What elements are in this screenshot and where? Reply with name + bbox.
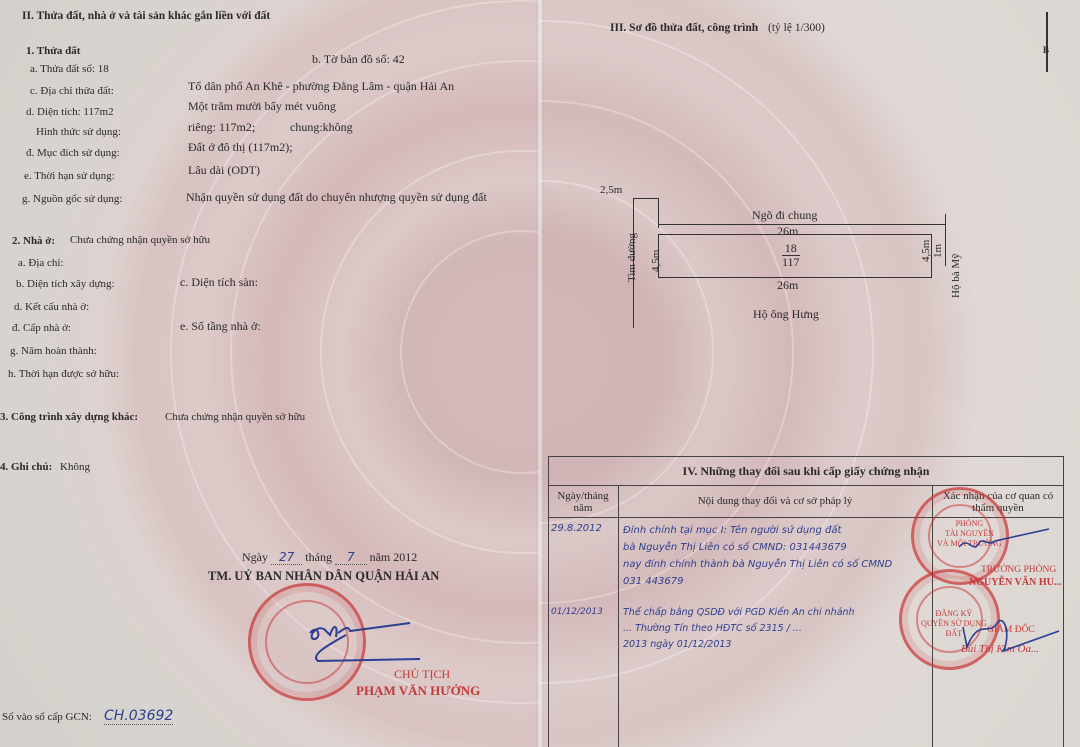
officer-signatures: [949, 527, 1061, 667]
signing-date: Ngày 27 tháng 7 năm 2012: [242, 550, 417, 565]
header-content: Nội dung thay đổi và cơ sở pháp lý: [619, 495, 931, 507]
row2-line3: 2013 ngày 01/12/2013: [623, 637, 855, 653]
house-grade-label: đ. Cấp nhà ở:: [12, 322, 71, 334]
header-date: Ngày/tháng năm: [551, 490, 615, 514]
origin-value: Nhận quyền sử dụng đất do chuyển nhượng …: [186, 190, 487, 205]
right-width: 4,5m: [920, 240, 932, 262]
lane-line: [658, 224, 945, 225]
land-parcel-heading: 1. Thửa đất: [26, 45, 80, 57]
row1-line2: bà Nguyễn Thị Liên có số CMND: 031443679: [623, 539, 892, 556]
bottom-length: 26m: [777, 278, 798, 293]
house-heading: 2. Nhà ở:: [12, 235, 55, 247]
purpose-label: đ. Mục đích sử dụng:: [26, 147, 120, 159]
address-value: Tổ dân phố An Khê - phường Đằng Lâm - qu…: [188, 79, 454, 94]
parcel-number-label: 18: [782, 242, 800, 256]
neighbor-east: Hộ bà Mỹ: [950, 253, 962, 298]
map-sheet-number: b. Tờ bản đồ số: 42: [312, 52, 405, 67]
usage-private: riêng: 117m2;: [188, 120, 255, 135]
row2-content: Thế chấp bằng QSDĐ với PGD Kiến An chi n…: [623, 605, 855, 653]
offset-label: 2,5m: [600, 184, 622, 196]
chairman-signature: [300, 605, 440, 670]
row1-line3: nay đính chính thành bà Nguyễn Thị Liên …: [623, 556, 892, 573]
date-prefix: Ngày: [242, 550, 268, 564]
signing-day: 27: [271, 550, 302, 565]
north-arrow-icon: [1046, 12, 1048, 72]
built-area-label: b. Diện tích xây dựng:: [16, 278, 115, 290]
structure-label: d. Kết cấu nhà ở:: [14, 301, 89, 313]
purpose-value: Đất ở đô thị (117m2);: [188, 140, 293, 155]
row1-date: 29.8.2012: [551, 523, 602, 534]
parcel-number: a. Thửa đất số: 18: [30, 63, 109, 75]
left-width: 4,5m: [650, 250, 662, 272]
parcel-label: 18 117: [782, 242, 800, 269]
page-fold: [536, 0, 544, 747]
register-number: CH.03692: [104, 708, 173, 725]
year-completed-label: g. Năm hoàn thành:: [10, 345, 97, 357]
right-gap: 1m: [932, 244, 944, 258]
section-iii-title: III. Sơ đồ thửa đất, công trình: [610, 22, 758, 34]
ownership-term-label: h. Thời hạn được sở hữu:: [8, 368, 119, 380]
month-prefix: tháng: [305, 550, 332, 564]
area-label: d. Diện tích: 117m2: [26, 106, 114, 118]
row2-line1: Thế chấp bằng QSDĐ với PGD Kiến An chi n…: [623, 605, 855, 621]
term-value: Lâu dài (ODT): [188, 163, 260, 178]
chairman-name: PHẠM VĂN HƯỞNG: [356, 683, 480, 699]
lane-label: Ngõ đi chung: [752, 208, 817, 223]
row1-content: Đính chính tại mục I: Tên người sử dụng …: [623, 522, 892, 590]
floor-area-label: c. Diện tích sàn:: [180, 275, 258, 290]
section-ii-title: II. Thửa đất, nhà ở và tài sản khác gắn …: [22, 10, 270, 22]
note-value: Không: [60, 461, 90, 473]
register-label: Số vào sổ cấp GCN:: [2, 711, 92, 723]
other-works-label: 3. Công trình xây dựng khác:: [0, 411, 138, 423]
parcel-area-label: 117: [782, 256, 800, 269]
issuing-authority: TM. UỶ BAN NHÂN DÂN QUẬN HẢI AN: [208, 569, 439, 584]
floor-count-label: e. Số tầng nhà ở:: [180, 319, 261, 334]
term-label: e. Thời hạn sử dụng:: [24, 170, 115, 182]
address-label: c. Địa chỉ thửa đất:: [30, 85, 114, 97]
chairman-title: CHỦ TỊCH: [394, 667, 450, 682]
usage-shared: chung:không: [290, 120, 353, 135]
diagram-scale: (tỷ lệ 1/300): [768, 22, 825, 34]
road-center-label: Tim đường: [626, 233, 638, 282]
changes-table: IV. Những thay đổi sau khi cấp giấy chứn…: [548, 456, 1064, 747]
origin-label: g. Nguồn gốc sử dụng:: [22, 193, 122, 205]
certificate-left-page: II. Thửa đất, nhà ở và tài sản khác gắn …: [0, 0, 540, 747]
signing-year: năm 2012: [370, 550, 418, 564]
area-in-words: Một trăm mười bẩy mét vuông: [188, 99, 336, 114]
usage-form-label: Hình thức sử dụng:: [36, 126, 121, 138]
row2-date: 01/12/2013: [551, 607, 603, 617]
row2-line2: ... Thường Tín theo HĐTC số 2315 / ...: [623, 621, 855, 637]
other-works-value: Chưa chứng nhận quyền sở hữu: [165, 411, 305, 423]
north-marker: B: [1043, 45, 1049, 55]
neighbor-south: Hộ ông Hưng: [753, 307, 819, 322]
signing-month: 7: [335, 550, 367, 565]
house-address-label: a. Địa chỉ:: [18, 257, 64, 269]
row1-line1: Đính chính tại mục I: Tên người sử dụng …: [623, 522, 892, 539]
row1-line4: 031 443679: [623, 573, 892, 590]
changes-table-title: IV. Những thay đổi sau khi cấp giấy chứn…: [549, 464, 1063, 479]
note-label: 4. Ghi chú:: [0, 461, 52, 473]
house-status: Chưa chứng nhận quyền sở hữu: [70, 234, 210, 246]
